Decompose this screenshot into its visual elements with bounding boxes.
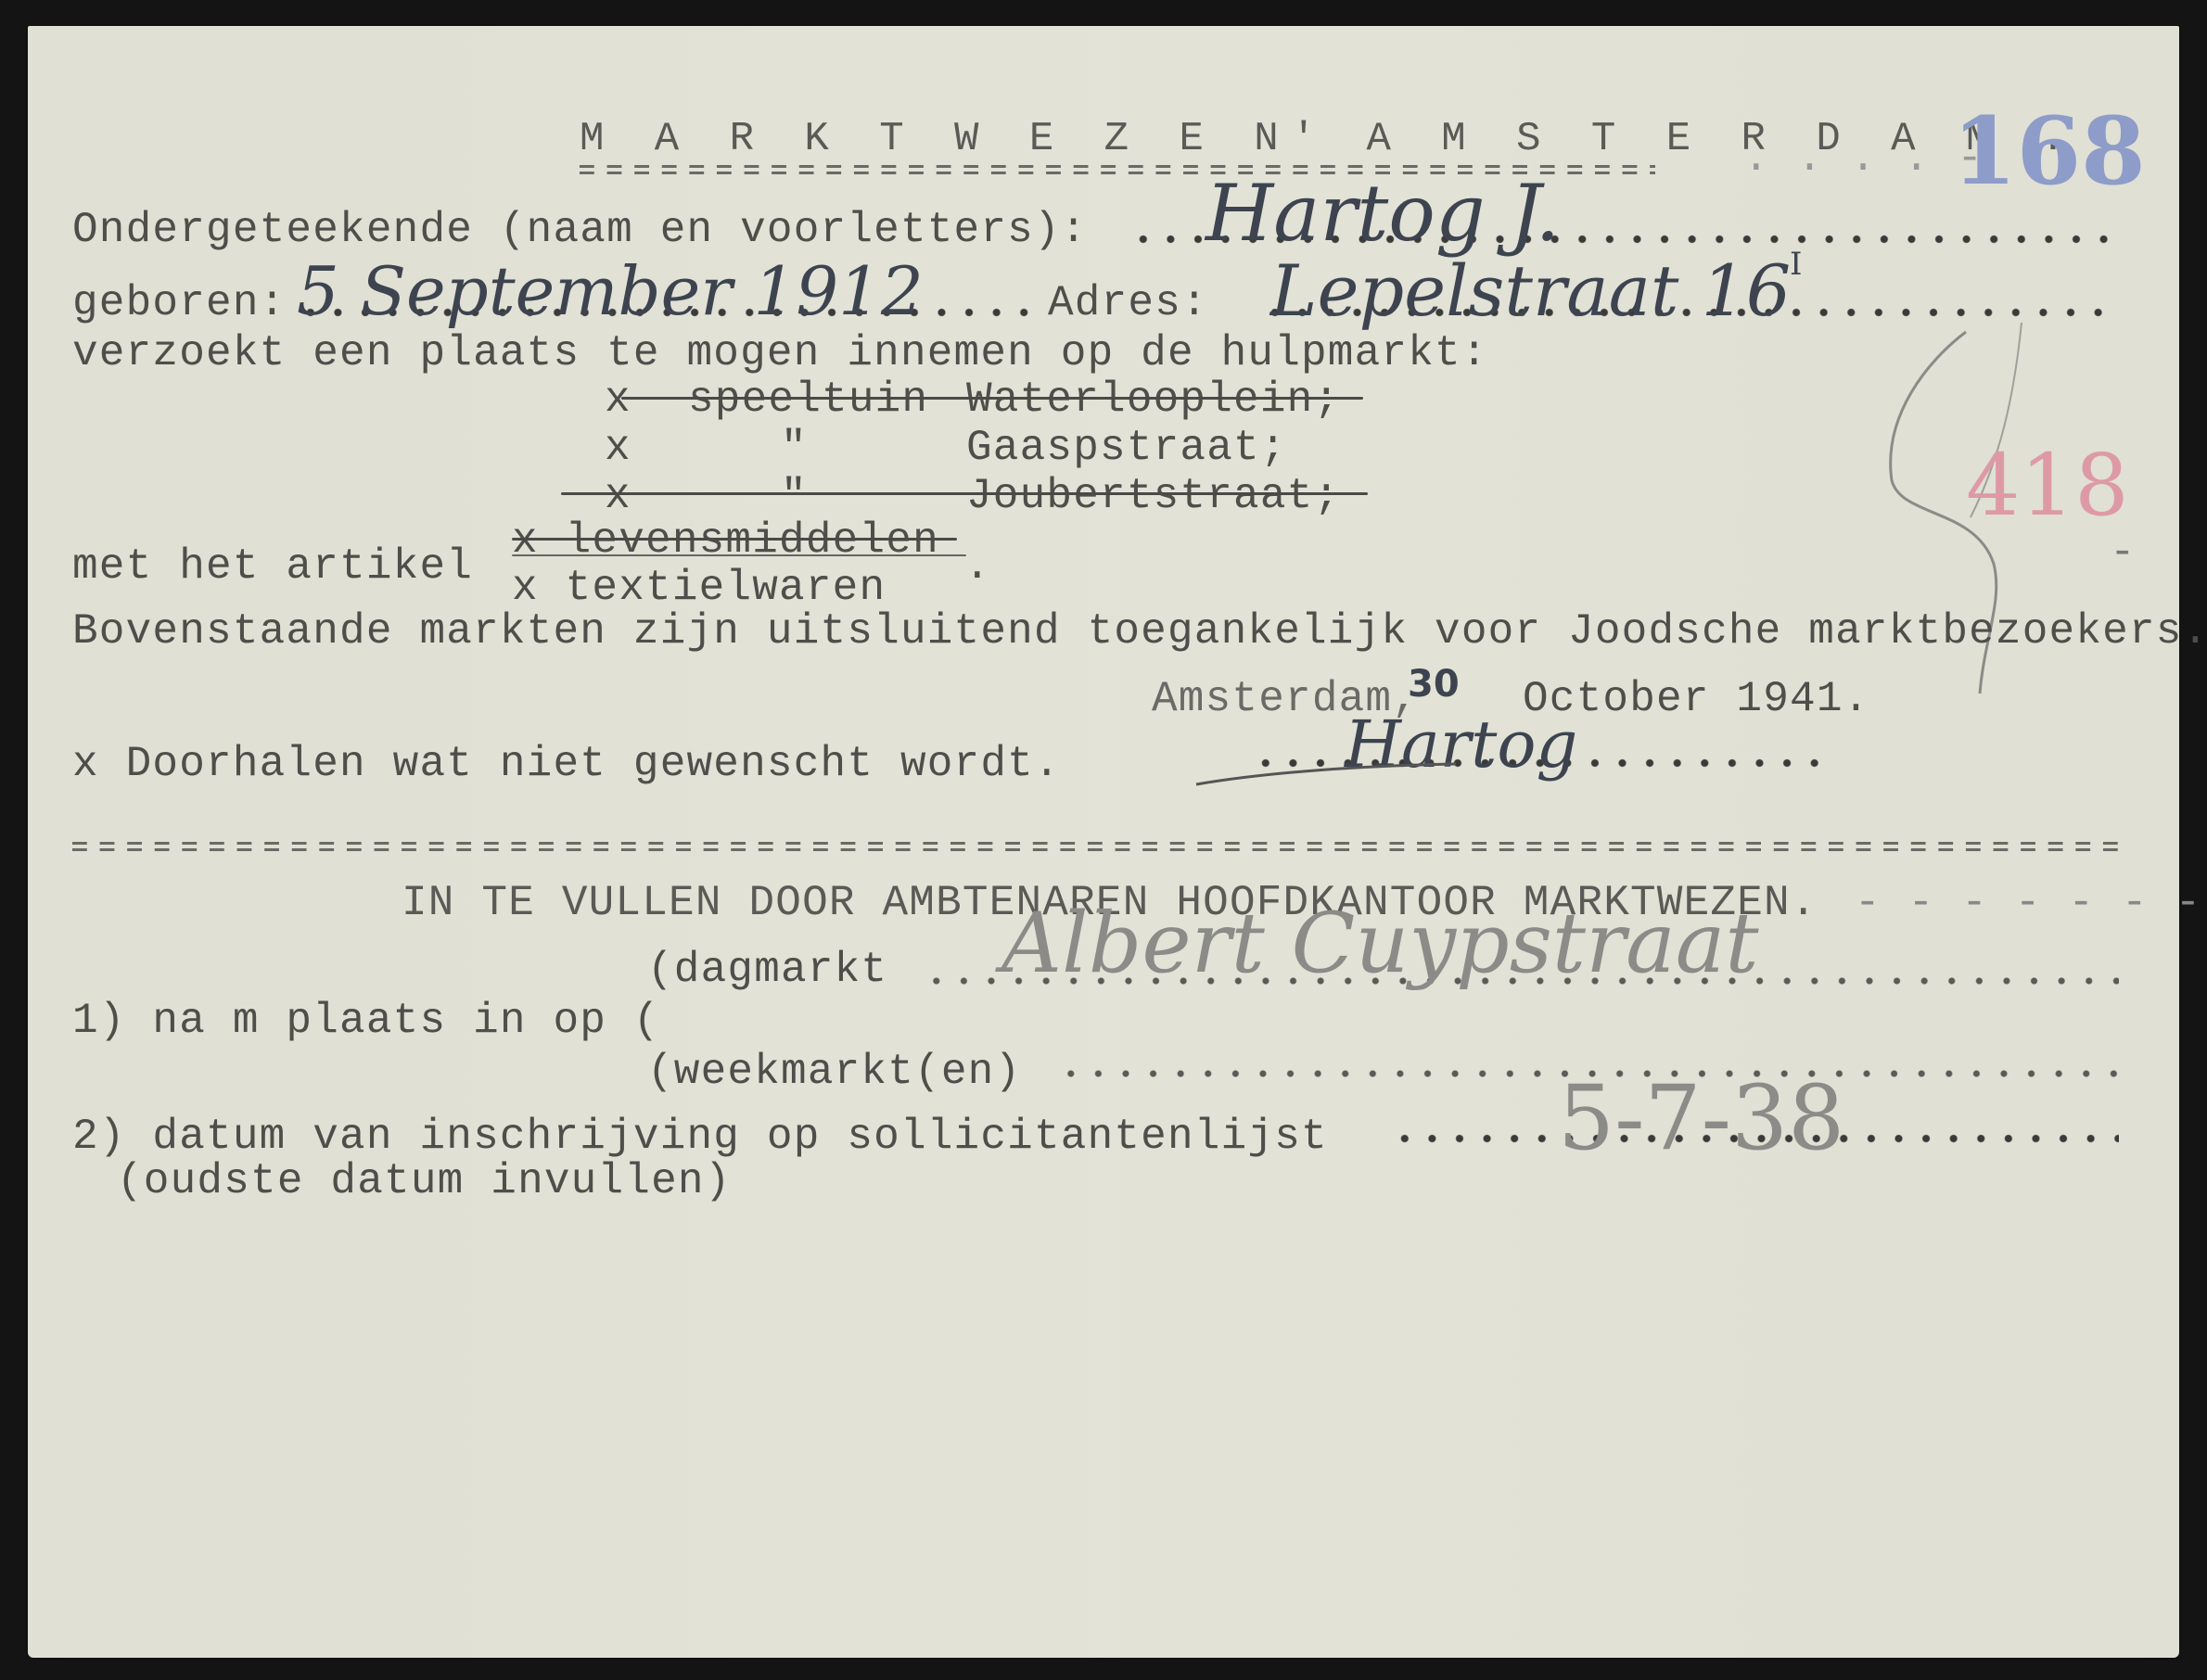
trailing-dashes: . . . . - xyxy=(1743,137,1984,180)
strike-note: x Doorhalen wat niet gewenscht wordt. xyxy=(72,743,1061,785)
strikethrough xyxy=(561,492,1368,495)
dagmarkt-pencil-value: Albert Cuypstraat xyxy=(1001,902,1759,986)
fraction-bar xyxy=(512,554,966,556)
section-separator xyxy=(72,840,2122,853)
signature-underline-stroke xyxy=(1187,758,1465,795)
notice-text: Bovenstaande markten zijn uitsluitend to… xyxy=(72,610,2207,653)
red-pencil-annotation: 418 xyxy=(1966,443,2129,528)
address-floor: I xyxy=(1790,248,1802,280)
name-handwritten-value: Hartog J. xyxy=(1206,174,1560,252)
address-handwritten-value: Lepelstraat 16 xyxy=(1270,256,1791,326)
item2-label: 2) datum van inschrijving op sollicitant… xyxy=(72,1115,1328,1158)
request-text: verzoekt een plaats te mogen innemen op … xyxy=(72,332,1488,375)
document-card: M A R K T W E Z E N' A M S T E R D A M .… xyxy=(28,26,2179,1658)
item2-pencil-value: 5-7-38 xyxy=(1558,1074,1844,1163)
date-day-stamp: 30 xyxy=(1408,666,1460,703)
blue-pencil-annotation: 168 xyxy=(1952,105,2146,197)
address-label: Adres: xyxy=(1048,282,1208,325)
name-label: Ondergeteekende (naam en voorletters): xyxy=(72,209,1088,251)
heading-trailing-dashes: - - - - - - - xyxy=(1855,882,2201,924)
birth-label: geboren: xyxy=(72,282,286,325)
weekmarkt-label: (weekmarkt(en) xyxy=(647,1050,1021,1093)
item1-label: 1) na m plaats in op ( xyxy=(72,999,660,1042)
item2-sub-label: (oudste datum invullen) xyxy=(117,1160,732,1203)
article-label: met het artikel xyxy=(72,545,473,588)
strikethrough xyxy=(621,397,1363,400)
strikethrough xyxy=(512,538,957,541)
article-end-period: . xyxy=(964,545,991,588)
birth-handwritten-value: 5 September 1912 xyxy=(297,258,924,325)
dagmarkt-label: (dagmarkt xyxy=(647,948,887,991)
right-margin-dash: - xyxy=(2110,531,2137,574)
